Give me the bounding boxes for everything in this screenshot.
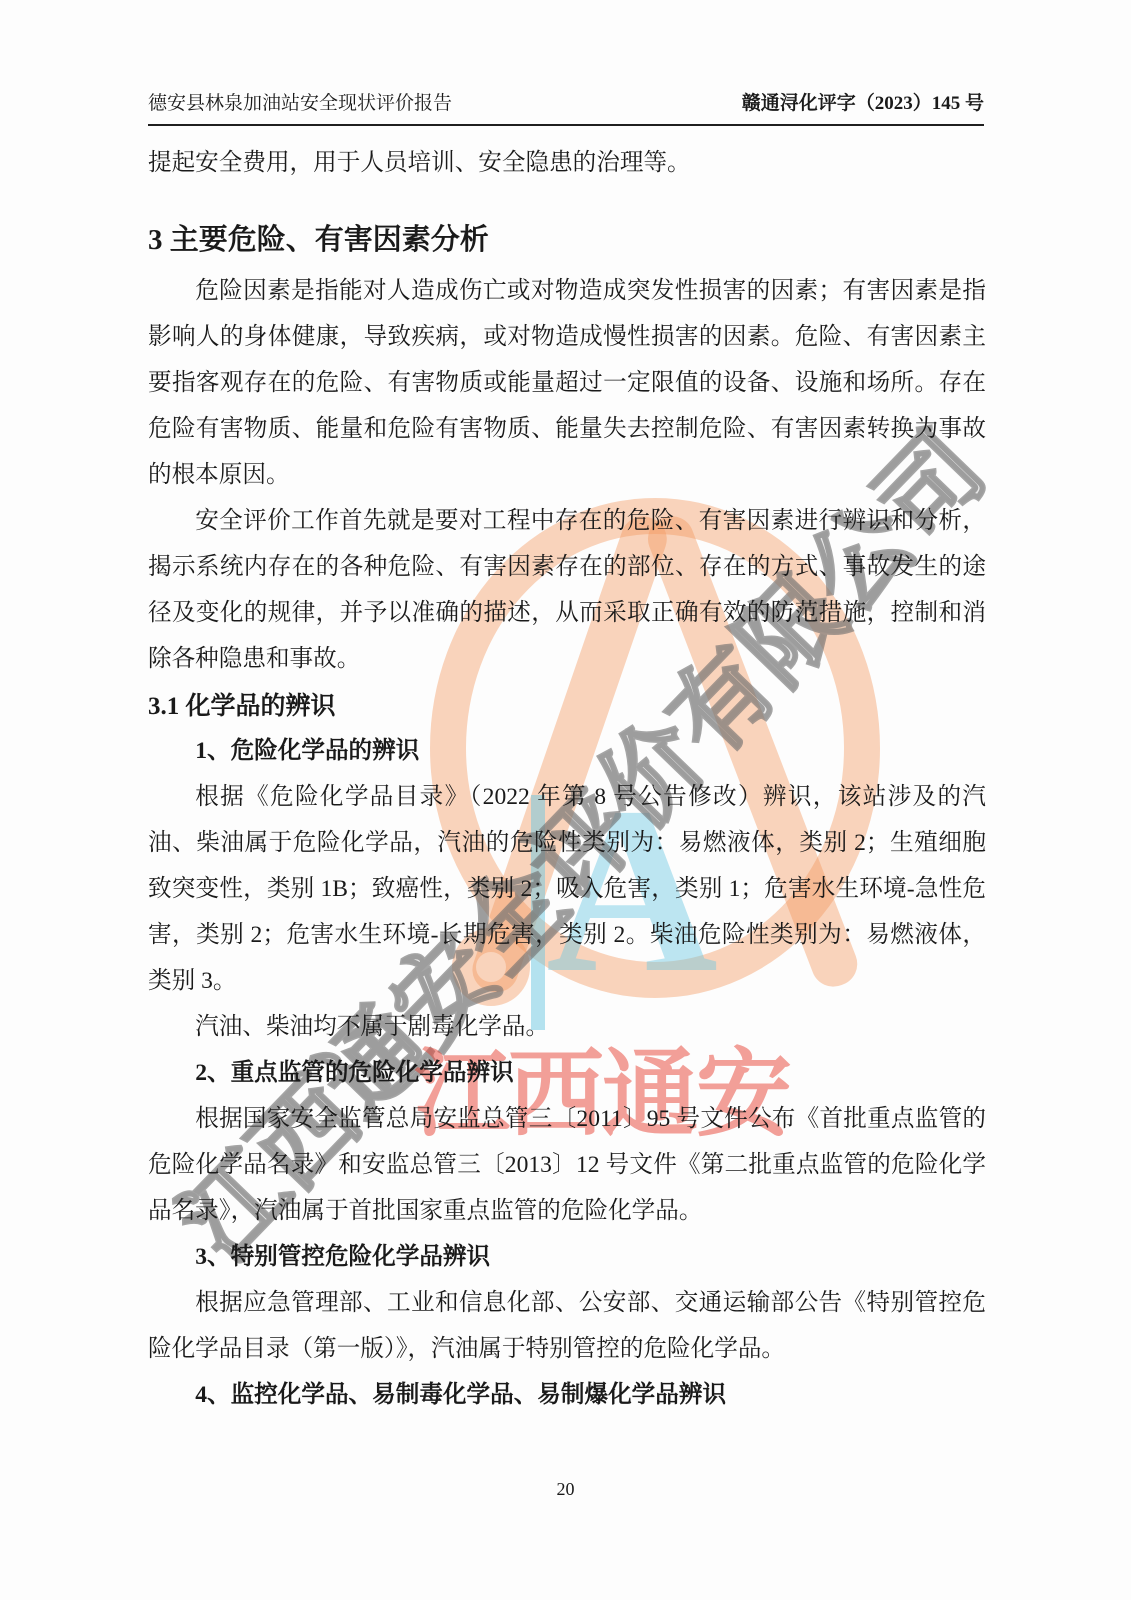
paragraph-not-highly-toxic: 汽油、柴油均不属于剧毒化学品。 [148, 1004, 986, 1050]
subheading-4-monitored-chemicals: 4、监控化学品、易制毒化学品、易制爆化学品辨识 [148, 1372, 986, 1418]
section-heading-3-1: 3.1 化学品的辨识 [148, 690, 986, 724]
paragraph-chemical-catalog: 根据《危险化学品目录》（2022 年第 8 号公告修改）辨识，该站涉及的汽油、柴… [148, 774, 986, 1004]
paragraph-special-control: 根据应急管理部、工业和信息化部、公安部、交通运输部公告《特别管控危险化学品目录（… [148, 1280, 986, 1372]
document-page: A 江西通安全评价有限公司 江西通安 德安县林泉加油站安全现状评价报告 赣通浔化… [0, 0, 1131, 1600]
section-heading-3: 3 主要危险、有害因素分析 [148, 218, 986, 262]
paragraph-hazard-definition: 危险因素是指能对人造成伤亡或对物造成突发性损害的因素；有害因素是指影响人的身体健… [148, 268, 986, 498]
paragraph-evaluation-purpose: 安全评价工作首先就是要对工程中存在的危险、有害因素进行辨识和分析，揭示系统内存在… [148, 498, 986, 682]
document-body: 提起安全费用，用于人员培训、安全隐患的治理等。 3 主要危险、有害因素分析 危险… [148, 140, 986, 1418]
subheading-1-dangerous-chemicals: 1、危险化学品的辨识 [148, 728, 986, 774]
header-document-number: 赣通浔化评字（2023）145 号 [742, 92, 984, 116]
subheading-3-special-control: 3、特别管控危险化学品辨识 [148, 1234, 986, 1280]
header-report-title: 德安县林泉加油站安全现状评价报告 [148, 92, 452, 116]
paragraph-key-supervision: 根据国家安全监管总局安监总管三〔2011〕95 号文件公布《首批重点监管的危险化… [148, 1096, 986, 1234]
page-number: 20 [0, 1478, 1131, 1500]
subheading-2-key-supervision: 2、重点监管的危险化学品辨识 [148, 1050, 986, 1096]
paragraph-continuation: 提起安全费用，用于人员培训、安全隐患的治理等。 [148, 140, 986, 186]
page-header: 德安县林泉加油站安全现状评价报告 赣通浔化评字（2023）145 号 [148, 92, 984, 126]
